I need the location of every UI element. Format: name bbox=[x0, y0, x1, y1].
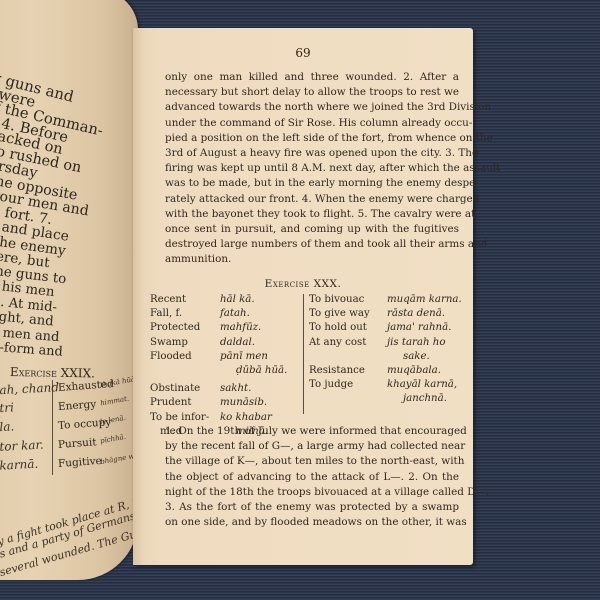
vocab-english: Prudent bbox=[150, 396, 192, 410]
vocab-entry: At any costjis tarah hosake. bbox=[309, 336, 469, 364]
vocab-urdu: fatah. bbox=[220, 307, 250, 321]
paragraph-continuation: only one man killed and three wounded. 2… bbox=[165, 70, 459, 268]
vocab-english: Recent bbox=[150, 293, 186, 307]
vocab-entry: Floodedpānī menḍūbā hūā. bbox=[150, 350, 300, 382]
vocab-entry: To hold outjama' rahnā. bbox=[309, 321, 469, 335]
left-page-text-line: ...an towards the south. 2. They were bbox=[0, 28, 37, 111]
left-vocab-urdu: himmat. bbox=[100, 395, 130, 408]
vocab-urdu: jis tarah ho bbox=[387, 336, 446, 350]
text-line: by the recent fall of G—, a large army h… bbox=[165, 439, 459, 454]
text-line: the object of advancing to the attack of… bbox=[165, 470, 459, 485]
left-vocab-fragment: ...la. bbox=[0, 419, 15, 434]
exercise-xxx-heading: Exercise XXX. bbox=[133, 278, 473, 290]
text-line: was to be made, but in the early morning… bbox=[165, 176, 459, 191]
vocab-english: To judge bbox=[309, 378, 353, 392]
text-line: firing was kept up until 8 A.M. next day… bbox=[165, 161, 459, 176]
text-line: necessary but short delay to allow the t… bbox=[165, 85, 459, 100]
vocab-urdu: pānī men bbox=[220, 350, 268, 364]
vocab-entry: To give wayrāsta denā. bbox=[309, 307, 469, 321]
right-page: 69 only one man killed and three wounded… bbox=[133, 28, 473, 565]
text-line: 1. On the 19th of July we were informed … bbox=[165, 424, 459, 439]
text-line: destroyed large numbers of them and took… bbox=[165, 237, 459, 252]
vocab-urdu: munāsib. bbox=[220, 396, 267, 410]
vocab-urdu-cont: ḍūbā hūā. bbox=[236, 364, 287, 378]
vocab-entry: Fall, f.fatah. bbox=[150, 307, 300, 321]
vocab-english: Fall, f. bbox=[150, 307, 182, 321]
left-vocab-english: Fugitive bbox=[58, 455, 103, 470]
vocab-entry: Protectedmahfūz. bbox=[150, 321, 300, 335]
vocab-urdu: muqābala. bbox=[387, 364, 441, 378]
vocab-urdu: sakht. bbox=[220, 382, 251, 396]
left-vocab-fragment: ...tri bbox=[0, 400, 14, 415]
vocab-urdu-cont: sake. bbox=[403, 350, 430, 364]
vocab-english: To bivouac bbox=[309, 293, 364, 307]
vocab-entry: Recenthāl kā. bbox=[150, 293, 300, 307]
left-vocab-fragment: ...ah, chand bbox=[0, 380, 59, 398]
text-line: ammunition. bbox=[165, 252, 459, 267]
left-vocab-urdu: le lenā. bbox=[100, 414, 127, 426]
vocab-english: Flooded bbox=[150, 350, 192, 364]
vocab-urdu: jama' rahnā. bbox=[387, 321, 451, 335]
vocab-entry: Prudentmunāsib. bbox=[150, 396, 300, 410]
left-page: ...ber of prisoners, and got a few guns … bbox=[0, 0, 138, 580]
vocab-english: Obstinate bbox=[150, 382, 200, 396]
vocab-english: To be infor- bbox=[150, 411, 209, 425]
left-vocab-fragment: ...karnā. bbox=[0, 457, 39, 474]
page-number: 69 bbox=[133, 46, 473, 60]
vocab-urdu: mahfūz. bbox=[220, 321, 261, 335]
left-vocab-english: Energy bbox=[58, 398, 97, 413]
exercise-xxx-text: 1. On the 19th of July we were informed … bbox=[165, 424, 459, 530]
vocab-urdu: khayāl karnā, bbox=[387, 378, 457, 392]
vocab-english: At any cost bbox=[309, 336, 366, 350]
vocab-entry: Obstinatesakht. bbox=[150, 382, 300, 396]
text-line: advanced towards the north where we join… bbox=[165, 100, 459, 115]
vocab-entry: To bivouacmuqām karna. bbox=[309, 293, 469, 307]
text-line: on one side, and by flooded meadows on t… bbox=[165, 515, 459, 530]
vocab-english: Protected bbox=[150, 321, 200, 335]
text-line: with the bayonet they took to flight. 5.… bbox=[165, 207, 459, 222]
text-line: 3rd of August a heavy fire was opened up… bbox=[165, 146, 459, 161]
vocab-column-left: Recenthāl kā.Fall, f.fatah.Protectedmahf… bbox=[150, 293, 300, 439]
vocab-urdu: hāl kā. bbox=[220, 293, 255, 307]
text-line: pied a position on the left side of the … bbox=[165, 131, 459, 146]
text-line: the village of K—, about ten miles to th… bbox=[165, 454, 459, 469]
vocab-entry: Swampdaldal. bbox=[150, 336, 300, 350]
left-vocab-urdu: pīchhā. bbox=[100, 433, 127, 445]
vocab-urdu: ko khabar bbox=[220, 411, 272, 425]
vocab-urdu-cont: janchnā. bbox=[403, 392, 447, 406]
vocab-divider bbox=[303, 294, 304, 414]
text-line: once sent in pursuit, and coming up with… bbox=[165, 222, 459, 237]
left-vocab-fragment: ...tor kar. bbox=[0, 438, 44, 455]
vocab-entry: Resistancemuqābala. bbox=[309, 364, 469, 378]
text-line: 3. As the fort of the enemy was protecte… bbox=[165, 500, 459, 515]
left-vocab-english: Pursuit bbox=[58, 436, 97, 451]
vocab-entry: To judgekhayāl karnā,janchnā. bbox=[309, 378, 469, 406]
vocab-english: Swamp bbox=[150, 336, 188, 350]
vocab-english: Resistance bbox=[309, 364, 365, 378]
text-line: rately attacked our front. 4. When the e… bbox=[165, 192, 459, 207]
vocab-english: To give way bbox=[309, 307, 370, 321]
text-line: only one man killed and three wounded. 2… bbox=[165, 70, 459, 85]
vocab-column-right: To bivouacmuqām karna.To give wayrāsta d… bbox=[309, 293, 469, 407]
text-line: night of the 18th the troops bivouaced a… bbox=[165, 485, 459, 500]
exercise-xxix-heading: Exercise XXIX. bbox=[10, 365, 95, 380]
text-line: under the command of Sir Rose. His colum… bbox=[165, 116, 459, 131]
vocab-urdu: daldal. bbox=[220, 336, 255, 350]
vocab-urdu: rāsta denā. bbox=[387, 307, 445, 321]
vocab-english: To hold out bbox=[309, 321, 367, 335]
vocab-urdu: muqām karna. bbox=[387, 293, 462, 307]
